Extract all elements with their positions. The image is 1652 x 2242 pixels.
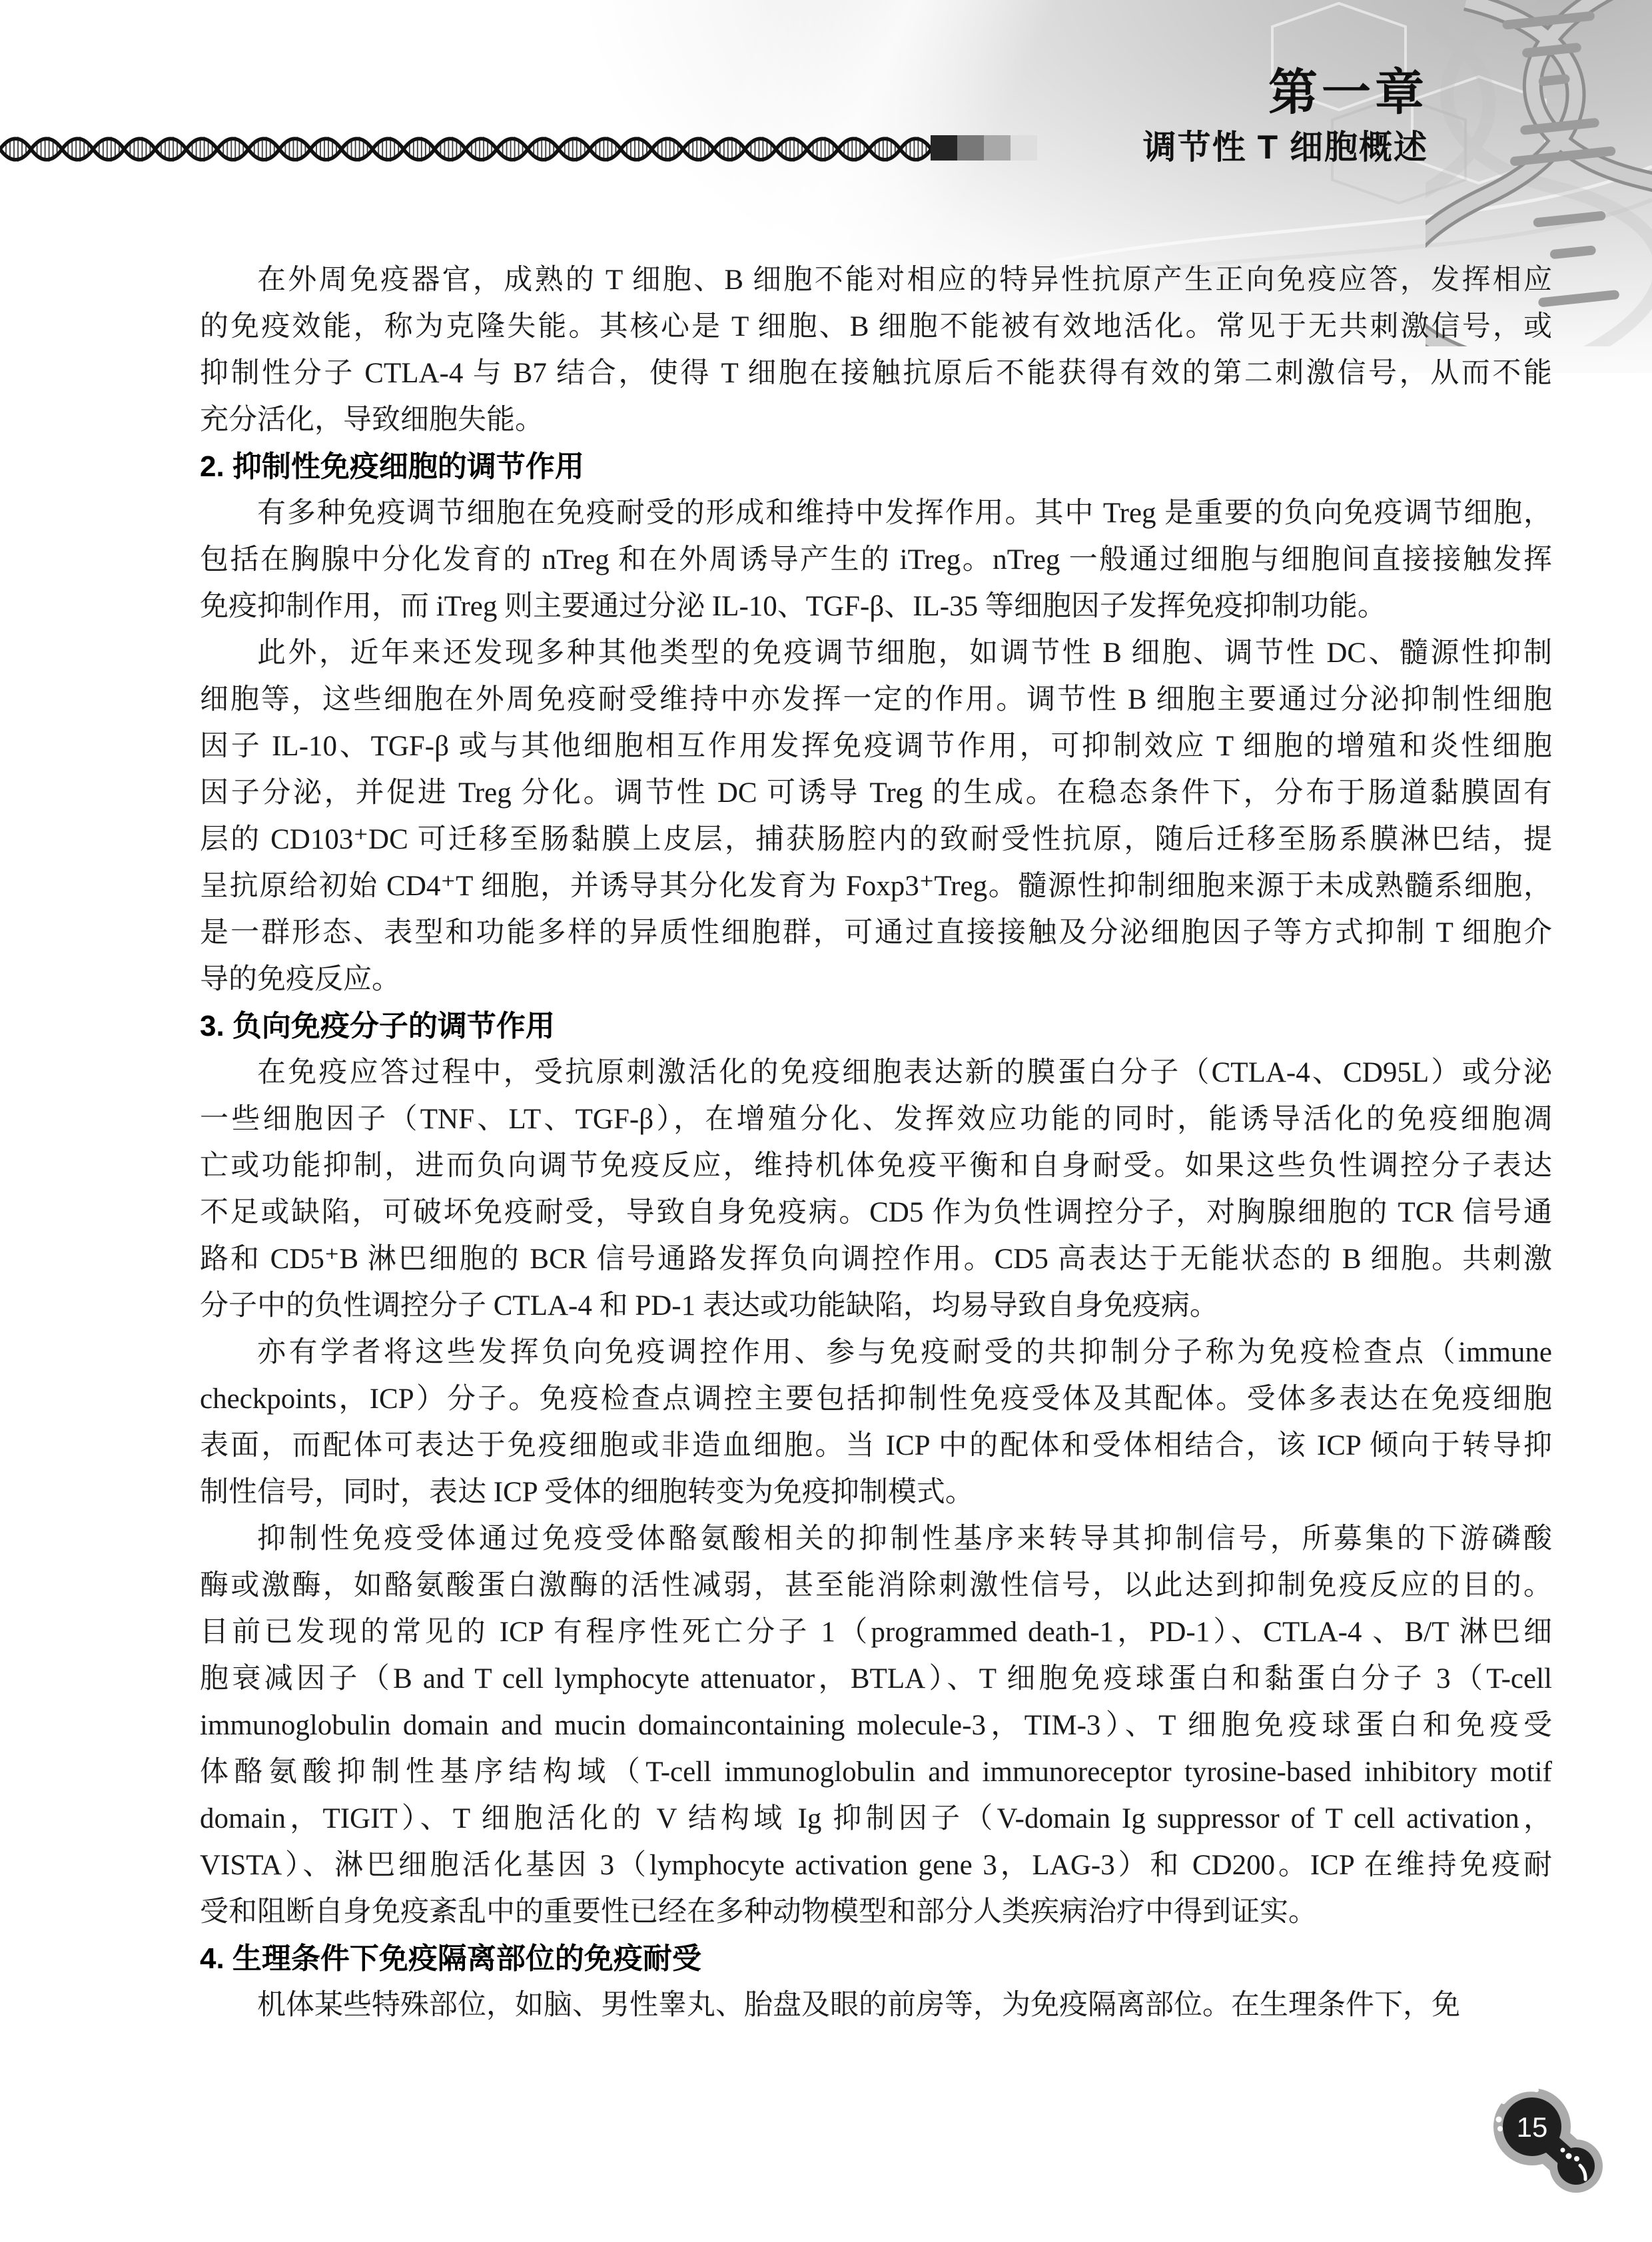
- text-line: 导的免疫反应。: [200, 956, 1552, 1003]
- text-line: 制性信号，同时，表达 ICP 受体的细胞转变为免疫抑制模式。: [200, 1469, 1552, 1516]
- text-line: 目前已发现的常见的 ICP 有程序性死亡分子 1（programmed deat…: [200, 1609, 1552, 1656]
- text-line: 的免疫效能，称为克隆失能。其核心是 T 细胞、B 细胞不能被有效地活化。常见于无…: [200, 304, 1552, 350]
- section-heading: 4. 生理条件下免疫隔离部位的免疫耐受: [200, 1936, 1552, 1982]
- text-line: 此外，近年来还发现多种其他类型的免疫调节细胞，如调节性 B 细胞、调节性 DC、…: [200, 630, 1552, 677]
- section-heading: 3. 负向免疫分子的调节作用: [200, 1003, 1552, 1050]
- text-line: 亡或功能抑制，进而负向调节免疫反应，维持机体免疫平衡和自身耐受。如果这些负性调控…: [200, 1143, 1552, 1190]
- text-line: 呈抗原给初始 CD4⁺T 细胞，并诱导其分化发育为 Foxp3⁺Treg。髓源性…: [200, 863, 1552, 910]
- text-line: VISTA）、淋巴细胞活化基因 3（lymphocyte activation …: [200, 1842, 1552, 1889]
- text-line: 因子 IL-10、TGF-β 或与其他细胞相互作用发挥免疫调节作用，可抑制效应 …: [200, 723, 1552, 770]
- text-line: 包括在胸腺中分化发育的 nTreg 和在外周诱导产生的 iTreg。nTreg …: [200, 537, 1552, 583]
- text-line: 充分活化，导致细胞失能。: [200, 397, 1552, 444]
- text-line: checkpoints，ICP）分子。免疫检查点调控主要包括抑制性免疫受体及其配…: [200, 1376, 1552, 1423]
- text-line: 细胞等，这些细胞在外周免疫耐受维持中亦发挥一定的作用。调节性 B 细胞主要通过分…: [200, 677, 1552, 723]
- chapter-number: 第一章: [1143, 64, 1428, 121]
- text-line: 表面，而配体可表达于免疫细胞或非造血细胞。当 ICP 中的配体和受体相结合，该 …: [200, 1423, 1552, 1469]
- book-page: 第一章 调节性 T 细胞概述 在外周免疫器官，成熟的 T 细胞、B 细胞不能对相…: [0, 0, 1652, 2242]
- gradient-square: [1011, 135, 1037, 161]
- text-line: 抑制性免疫受体通过免疫受体酪氨酸相关的抑制性基序来转导其抑制信号，所募集的下游磷…: [200, 1516, 1552, 1563]
- chapter-title: 调节性 T 细胞概述: [1143, 127, 1428, 168]
- page-number-badge: 15: [1473, 2075, 1607, 2215]
- page-number: 15: [1517, 2111, 1548, 2143]
- text-line: 一些细胞因子（TNF、LT、TGF-β），在增殖分化、发挥效应功能的同时，能诱导…: [200, 1096, 1552, 1143]
- text-line: 层的 CD103⁺DC 可迁移至肠黏膜上皮层，捕获肠腔内的致耐受性抗原，随后迁移…: [200, 817, 1552, 863]
- chapter-header: 第一章 调节性 T 细胞概述: [1143, 64, 1428, 168]
- section-heading: 2. 抑制性免疫细胞的调节作用: [200, 444, 1552, 490]
- gradient-square: [931, 135, 957, 161]
- text-line: 免疫抑制作用，而 iTreg 则主要通过分泌 IL-10、TGF-β、IL-35…: [200, 583, 1552, 630]
- cell-icon: [1493, 2088, 1603, 2193]
- text-line: 机体某些特殊部位，如脑、男性睾丸、胎盘及眼的前房等，为免疫隔离部位。在生理条件下…: [200, 1982, 1552, 2029]
- gradient-square: [957, 135, 984, 161]
- text-line: 体酪氨酸抑制性基序结构域（T-cell immunoglobulin and i…: [200, 1749, 1552, 1796]
- text-line: 因子分泌，并促进 Treg 分化。调节性 DC 可诱导 Treg 的生成。在稳态…: [200, 770, 1552, 817]
- text-line: 不足或缺陷，可破坏免疫耐受，导致自身免疫病。CD5 作为负性调控分子，对胸腺细胞…: [200, 1190, 1552, 1236]
- text-line: 路和 CD5⁺B 淋巴细胞的 BCR 信号通路发挥负向调控作用。CD5 高表达于…: [200, 1236, 1552, 1283]
- dna-wave-band: [0, 135, 931, 164]
- text-line: 是一群形态、表型和功能多样的异质性细胞群，可通过直接接触及分泌细胞因子等方式抑制…: [200, 910, 1552, 956]
- gradient-square: [984, 135, 1011, 161]
- text-line: 胞衰减因子（B and T cell lymphocyte attenuator…: [200, 1656, 1552, 1702]
- text-line: 酶或激酶，如酪氨酸蛋白激酶的活性减弱，甚至能消除刺激性信号，以此达到抑制免疫反应…: [200, 1563, 1552, 1609]
- text-line: 受和阻断自身免疫紊乱中的重要性已经在多种动物模型和部分人类疾病治疗中得到证实。: [200, 1889, 1552, 1936]
- text-line: 在免疫应答过程中，受抗原刺激活化的免疫细胞表达新的膜蛋白分子（CTLA-4、CD…: [200, 1050, 1552, 1096]
- text-line: immunoglobulin domain and mucin domainco…: [200, 1702, 1552, 1749]
- text-line: domain，TIGIT）、T 细胞活化的 V 结构域 Ig 抑制因子（V-do…: [200, 1796, 1552, 1842]
- content-column: 在外周免疫器官，成熟的 T 细胞、B 细胞不能对相应的特异性抗原产生正向免疫应答…: [200, 257, 1552, 2029]
- gradient-squares-decoration: [931, 135, 1037, 161]
- text-line: 抑制性分子 CTLA-4 与 B7 结合，使得 T 细胞在接触抗原后不能获得有效…: [200, 350, 1552, 397]
- text-line: 分子中的负性调控分子 CTLA-4 和 PD-1 表达或功能缺陷，均易导致自身免…: [200, 1283, 1552, 1329]
- text-line: 在外周免疫器官，成熟的 T 细胞、B 细胞不能对相应的特异性抗原产生正向免疫应答…: [200, 257, 1552, 304]
- text-line: 有多种免疫调节细胞在免疫耐受的形成和维持中发挥作用。其中 Treg 是重要的负向…: [200, 490, 1552, 537]
- text-line: 亦有学者将这些发挥负向免疫调控作用、参与免疫耐受的共抑制分子称为免疫检查点（im…: [200, 1329, 1552, 1376]
